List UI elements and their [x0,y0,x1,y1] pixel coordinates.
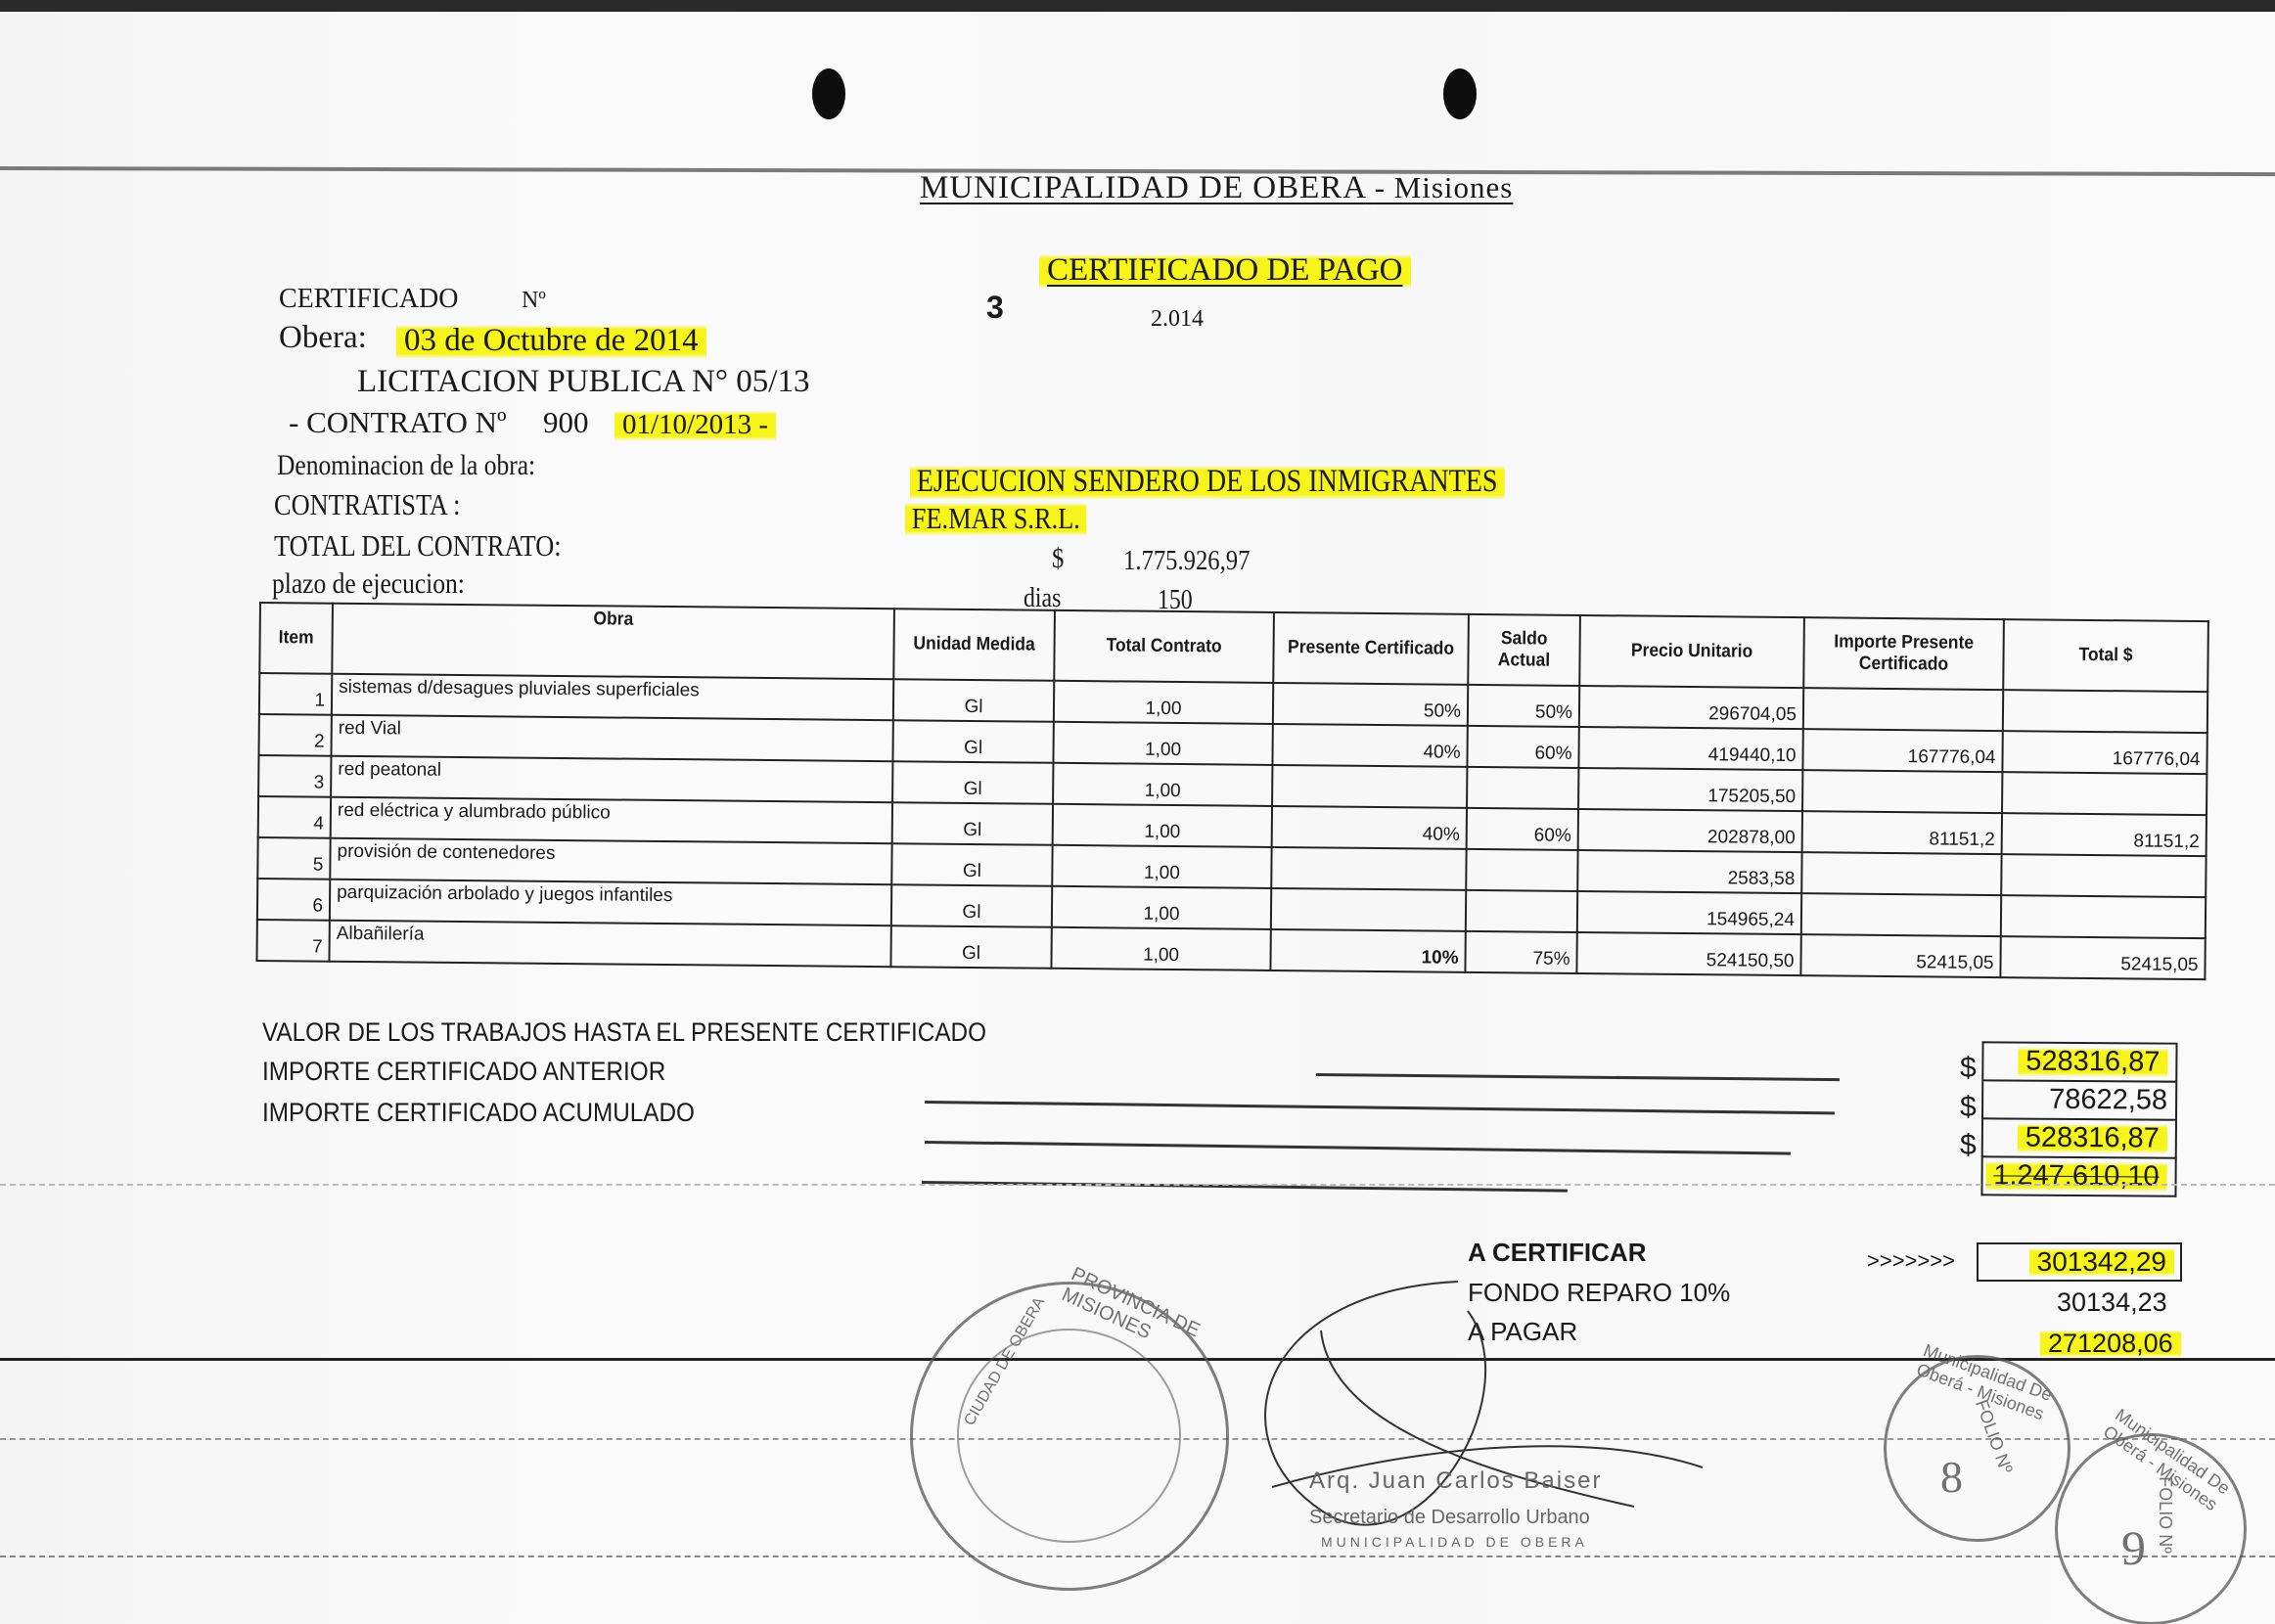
item-balance-percent [1466,890,1577,932]
institution-name: MUNICIPALIDAD DE OBERA - Misiones [920,170,1513,206]
term-label: plazo de ejecucion: [272,567,465,601]
item-unit: Gl [890,925,1051,969]
work-value-text: 528316,87 [2018,1046,2167,1078]
item-unit: Gl [892,802,1053,845]
document-title: CERTIFICADO DE PAGO [1039,252,1411,289]
province-text: - Misiones [1375,170,1514,204]
item-unit: Gl [893,679,1054,722]
column-header-unit: Unidad Medida [900,609,1049,680]
item-present-amount: 52415,05 [1800,934,2000,977]
item-present-percent: 40% [1272,806,1467,849]
item-present-amount: 81151,2 [1802,811,2002,854]
to-certify-amount: 301342,29 [2029,1246,2174,1277]
item-unit-price: 175205,50 [1578,768,1802,811]
item-number: 1 [259,673,332,715]
certificate-label: CERTIFICADO [279,284,458,315]
item-present-percent [1272,765,1467,808]
currency-symbol: $ [1960,1052,1977,1085]
item-total [2003,690,2207,733]
signer-title: Secretario de Desarrollo Urbano [1309,1507,1590,1529]
column-header-present-certificate: Presente Certificado [1281,612,1461,685]
item-present-amount [1801,852,2001,895]
item-total: 167776,04 [2002,731,2207,774]
column-header-balance: Saldo Actual [1473,614,1576,686]
currency-symbol: $ [1960,1129,1977,1162]
item-present-percent [1271,847,1466,890]
previous-amount-label: IMPORTE CERTIFICADO ANTERIOR [262,1057,665,1087]
punch-hole-icon [812,68,845,119]
item-present-amount: 167776,04 [1802,729,2002,772]
signer-org: MUNICIPALIDAD DE OBERA [1321,1534,1588,1550]
item-description: Albañilería [329,921,890,968]
item-contract-total: 1,00 [1054,681,1273,724]
contractor-name: FE.MAR S.R.L. [905,501,1087,536]
contract-total-label: TOTAL DEL CONTRATO: [274,528,562,564]
contract-total-currency: $ [1052,543,1064,575]
item-total [2002,772,2207,815]
item-contract-total: 1,00 [1053,763,1272,806]
number-sign: Nº [522,288,546,314]
item-balance-percent [1466,849,1577,891]
to-certify-amount-box: 301342,29 [1977,1242,2182,1282]
work-name: EJECUCION SENDERO DE LOS INMIGRANTES [910,464,1504,500]
item-description: red peatonal [331,756,892,803]
column-header-item: Item [262,603,330,674]
item-total: 52415,05 [2000,936,2205,979]
item-unit: Gl [891,884,1052,927]
to-certify-label: A CERTIFICAR [1468,1238,1646,1268]
item-unit: Gl [892,761,1053,804]
item-balance-percent: 75% [1465,931,1576,973]
item-balance-percent [1467,767,1578,809]
accumulated-amount: 528316,87 [1981,1119,2177,1158]
item-unit-price: 2583,58 [1577,850,1801,893]
item-number: 4 [258,796,331,838]
item-balance-percent: 50% [1468,685,1579,727]
to-pay-amount: 271208,06 [2040,1329,2181,1358]
contract-number: 900 [543,405,589,440]
official-seal: PROVINCIA DE MISIONES CIUDAD DE OBERA [910,1282,1229,1591]
repair-fund-amount: 30134,23 [2057,1287,2167,1318]
scan-artifact-line [0,1184,2275,1186]
item-present-percent: 10% [1270,929,1465,972]
item-description: red Vial [331,715,892,762]
item-balance-percent: 60% [1467,726,1578,768]
item-number: 6 [257,879,330,921]
item-present-percent [1271,888,1466,931]
work-value-amount: 528316,87 [1981,1041,2177,1082]
column-header-obra: Obra [354,604,872,679]
item-number: 3 [258,755,331,797]
item-unit-price: 419440,10 [1578,727,1802,770]
punch-hole-icon [1443,68,1477,119]
column-header-unit-price: Precio Unitario [1588,615,1795,688]
item-contract-total: 1,00 [1053,722,1272,765]
summary-values-box: 528316,87 78622,58 528316,87 1.247.610,1… [1980,1041,2177,1196]
item-contract-total: 1,00 [1051,927,1270,970]
item-contract-total: 1,00 [1052,886,1271,929]
certificate-date: 03 de Octubre de 2014 [396,323,706,359]
item-number: 2 [258,714,331,756]
grand-accumulated-text: 1.247.610,10 [1985,1159,2167,1192]
contractor-label: CONTRATISTA : [274,487,460,522]
tender-number: LICITACION PUBLICA N° 05/13 [357,364,809,400]
item-total [2001,854,2206,897]
currency-symbol: $ [1960,1091,1977,1124]
folio-stamp: Municipalidad De Oberá - Misiones FOLIO … [1884,1355,2070,1542]
institution-text: MUNICIPALIDAD DE OBERA [920,170,1365,205]
item-number: 7 [256,920,329,962]
seal-inner-ring [957,1329,1181,1543]
previous-amount-text: 78622,58 [2049,1084,2167,1116]
accumulated-amount-label: IMPORTE CERTIFICADO ACUMULADO [262,1098,695,1128]
grand-accumulated-amount: 1.247.610,10 [1980,1157,2176,1196]
item-unit-price: 524150,50 [1576,932,1800,975]
item-unit: Gl [891,843,1052,886]
arrows-indicator: >>>>>>> [1867,1248,1955,1274]
item-present-amount [1803,688,2003,731]
certificate-number: 3 [986,290,1004,326]
contract-total-value: 1.775.926,97 [1123,545,1250,577]
item-unit: Gl [892,720,1053,763]
contract-date: 01/10/2013 - [614,409,776,441]
work-items-table: Item Obra Unidad Medida Total Contrato P… [255,602,2208,980]
scanner-top-edge [0,0,2275,12]
item-description: parquización arbolado y juegos infantile… [330,880,891,926]
folio-label: FOLIO Nº [2155,1476,2175,1554]
item-number: 5 [257,837,330,880]
column-header-contract-total: Total Contrato [1063,610,1265,683]
item-balance-percent: 60% [1467,808,1578,850]
folio-number: 9 [2121,1519,2146,1576]
item-unit-price: 154965,24 [1577,891,1801,934]
item-unit-price: 202878,00 [1578,809,1802,852]
place-label: Obera: [279,320,367,356]
folio-number: 8 [1940,1451,1963,1503]
work-name-label: Denominacion de la obra: [277,449,535,482]
item-present-percent: 40% [1272,724,1467,767]
certificate-year: 2.014 [1151,306,1204,333]
folio-stamp: Municipalidad De Oberá - Misiones FOLIO … [2055,1433,2247,1624]
contract-label: - CONTRATO Nº [289,405,507,440]
item-present-amount [1802,770,2002,813]
item-contract-total: 1,00 [1052,845,1271,888]
item-unit-price: 296704,05 [1579,686,1803,729]
item-contract-total: 1,00 [1053,804,1272,847]
work-value-label: VALOR DE LOS TRABAJOS HASTA EL PRESENTE … [262,1017,986,1048]
item-description: red eléctrica y alumbrado público [331,797,892,844]
item-present-amount [1801,893,2001,936]
item-total [2001,895,2206,938]
item-total: 81151,2 [2002,813,2207,856]
signer-name: Arq. Juan Carlos Baiser [1309,1467,1602,1495]
item-present-percent: 50% [1273,683,1468,726]
column-header-present-amount: Importe Presente Certificado [1811,617,1995,690]
accumulated-amount-text: 528316,87 [2018,1122,2167,1154]
column-header-total: Total $ [2012,619,2201,692]
item-description: provisión de contenedores [330,838,891,885]
item-description: sistemas d/desagues pluviales superficia… [332,674,893,721]
previous-amount: 78622,58 [1981,1081,2177,1120]
